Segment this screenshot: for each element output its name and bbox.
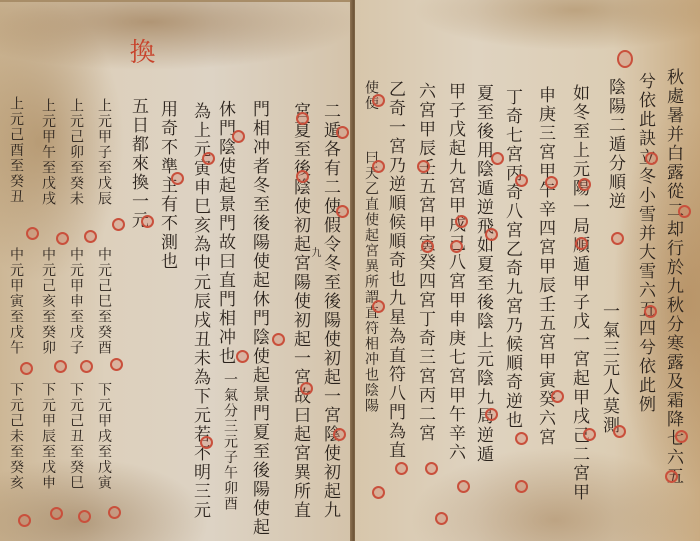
red-punctuation-mark	[300, 382, 313, 395]
text-column: 用奇不準主有不測也	[157, 100, 177, 271]
text-column: 二遁各有二使假令冬至後陽使初起一宮陰使初起九	[320, 102, 340, 520]
red-punctuation-mark	[84, 230, 97, 243]
red-punctuation-mark	[110, 358, 123, 371]
red-punctuation-mark	[20, 362, 33, 375]
text-column: 一氣三元人莫測	[599, 302, 619, 435]
red-punctuation-mark	[515, 480, 528, 493]
red-punctuation-mark	[236, 350, 249, 363]
upper-yuan-2: 上元己卯至癸未	[68, 98, 84, 207]
red-punctuation-mark	[545, 176, 558, 189]
red-punctuation-mark	[26, 227, 39, 240]
middle-yuan-1: 中元己巳至癸酉	[96, 247, 112, 356]
red-punctuation-mark	[18, 514, 31, 527]
red-punctuation-mark	[372, 160, 385, 173]
red-punctuation-mark	[333, 428, 346, 441]
red-punctuation-mark	[108, 506, 121, 519]
red-punctuation-mark	[372, 94, 385, 107]
red-punctuation-mark	[296, 112, 309, 125]
middle-yuan-3: 中元己亥至癸卯	[40, 247, 56, 356]
red-punctuation-mark	[171, 172, 184, 185]
red-punctuation-mark	[578, 178, 591, 191]
red-punctuation-mark	[141, 215, 154, 228]
lower-yuan-1: 下元甲戌至戊寅	[96, 382, 112, 491]
red-punctuation-mark	[421, 240, 434, 253]
red-punctuation-mark	[56, 232, 69, 245]
red-punctuation-mark	[425, 462, 438, 475]
red-punctuation-mark	[435, 512, 448, 525]
text-column: 丁奇七宮丙奇八宮乙奇九宮乃候順奇逆也	[502, 88, 522, 430]
text-column: 宮夏至後陰使初起宮陽使初起一宮故曰起宮異所直	[290, 102, 310, 520]
red-punctuation-mark	[78, 510, 91, 523]
text-column: 夏至後用陰遁逆飛如夏至後陰上元陰九局逆遁	[473, 84, 493, 464]
text-column: 曰天乙直使起宮異所謂直符相冲也陰陽	[363, 150, 379, 414]
text-column: 六宮甲辰壬五宮甲寅癸四宮丁奇三宮丙二宮	[415, 82, 435, 443]
red-punctuation-mark	[551, 390, 564, 403]
text-column: 五日都來換一元	[128, 97, 148, 230]
text-column: 乙奇一宮乃逆順候順奇也九星為直符八門為直	[385, 80, 405, 460]
red-punctuation-mark	[515, 432, 528, 445]
red-punctuation-mark	[457, 480, 470, 493]
red-punctuation-mark	[675, 430, 688, 443]
red-punctuation-mark	[395, 462, 408, 475]
text-column: 秋處暑并白露從二却行於九秋分寒露及霜降七六五	[663, 68, 683, 486]
red-punctuation-mark	[645, 152, 658, 165]
red-punctuation-mark	[372, 300, 385, 313]
red-punctuation-mark	[80, 360, 93, 373]
red-punctuation-mark	[485, 228, 498, 241]
left-page: 換 二遁各有二使假令冬至後陽使初起一宮陰使初起九 宮夏至後陰使初起宮陽使初起一宮…	[0, 0, 352, 541]
qi-note: 一氣分三元子午卯酉	[222, 372, 238, 512]
red-punctuation-mark	[112, 218, 125, 231]
red-punctuation-mark	[202, 152, 215, 165]
marginal-note: 九	[306, 247, 322, 259]
red-punctuation-mark	[372, 486, 385, 499]
red-punctuation-mark	[232, 130, 245, 143]
red-punctuation-mark	[455, 215, 468, 228]
text-column: 門相冲者冬至後陽使起休門陰使起景門夏至後陽使起	[249, 100, 269, 537]
red-punctuation-mark	[515, 174, 528, 187]
red-punctuation-mark	[611, 232, 624, 245]
text-column: 陰陽二遁分順逆	[605, 78, 625, 211]
heading-mark-red: 換	[126, 38, 154, 64]
red-punctuation-mark	[54, 360, 67, 373]
lower-yuan-3: 下元甲辰至戊申	[40, 382, 56, 491]
upper-yuan-3: 上元甲午至戊戌	[40, 98, 56, 207]
red-punctuation-mark	[450, 240, 463, 253]
middle-yuan-4: 中元甲寅至戊午	[8, 247, 24, 356]
red-punctuation-mark	[617, 50, 633, 68]
lower-yuan-2: 下元己丑至癸巳	[68, 382, 84, 491]
red-punctuation-mark	[296, 170, 309, 183]
red-punctuation-mark	[575, 237, 588, 250]
red-punctuation-mark	[583, 428, 596, 441]
middle-yuan-2: 中元甲申至戊子	[68, 247, 84, 356]
red-punctuation-mark	[613, 425, 626, 438]
red-punctuation-mark	[644, 305, 657, 318]
red-punctuation-mark	[200, 436, 213, 449]
text-column: 甲子戊起九宮甲戌己八宮甲申庚七宮甲午辛六	[445, 82, 465, 462]
red-punctuation-mark	[272, 333, 285, 346]
text-column: 兮依此訣立冬小雪并大雪六五四兮依此例	[635, 72, 655, 414]
lower-yuan-4: 下元己未至癸亥	[8, 382, 24, 491]
red-punctuation-mark	[491, 152, 504, 165]
red-punctuation-mark	[678, 205, 691, 218]
red-punctuation-mark	[665, 470, 678, 483]
red-punctuation-mark	[336, 205, 349, 218]
right-page: 秋處暑并白露從二却行於九秋分寒露及霜降七六五 兮依此訣立冬小雪并大雪六五四兮依此…	[355, 0, 700, 541]
upper-yuan-4: 上元己酉至癸丑	[8, 96, 24, 205]
upper-yuan-1: 上元甲子至戊辰	[96, 98, 112, 207]
red-punctuation-mark	[485, 408, 498, 421]
red-punctuation-mark	[417, 160, 430, 173]
red-punctuation-mark	[336, 126, 349, 139]
red-punctuation-mark	[50, 507, 63, 520]
